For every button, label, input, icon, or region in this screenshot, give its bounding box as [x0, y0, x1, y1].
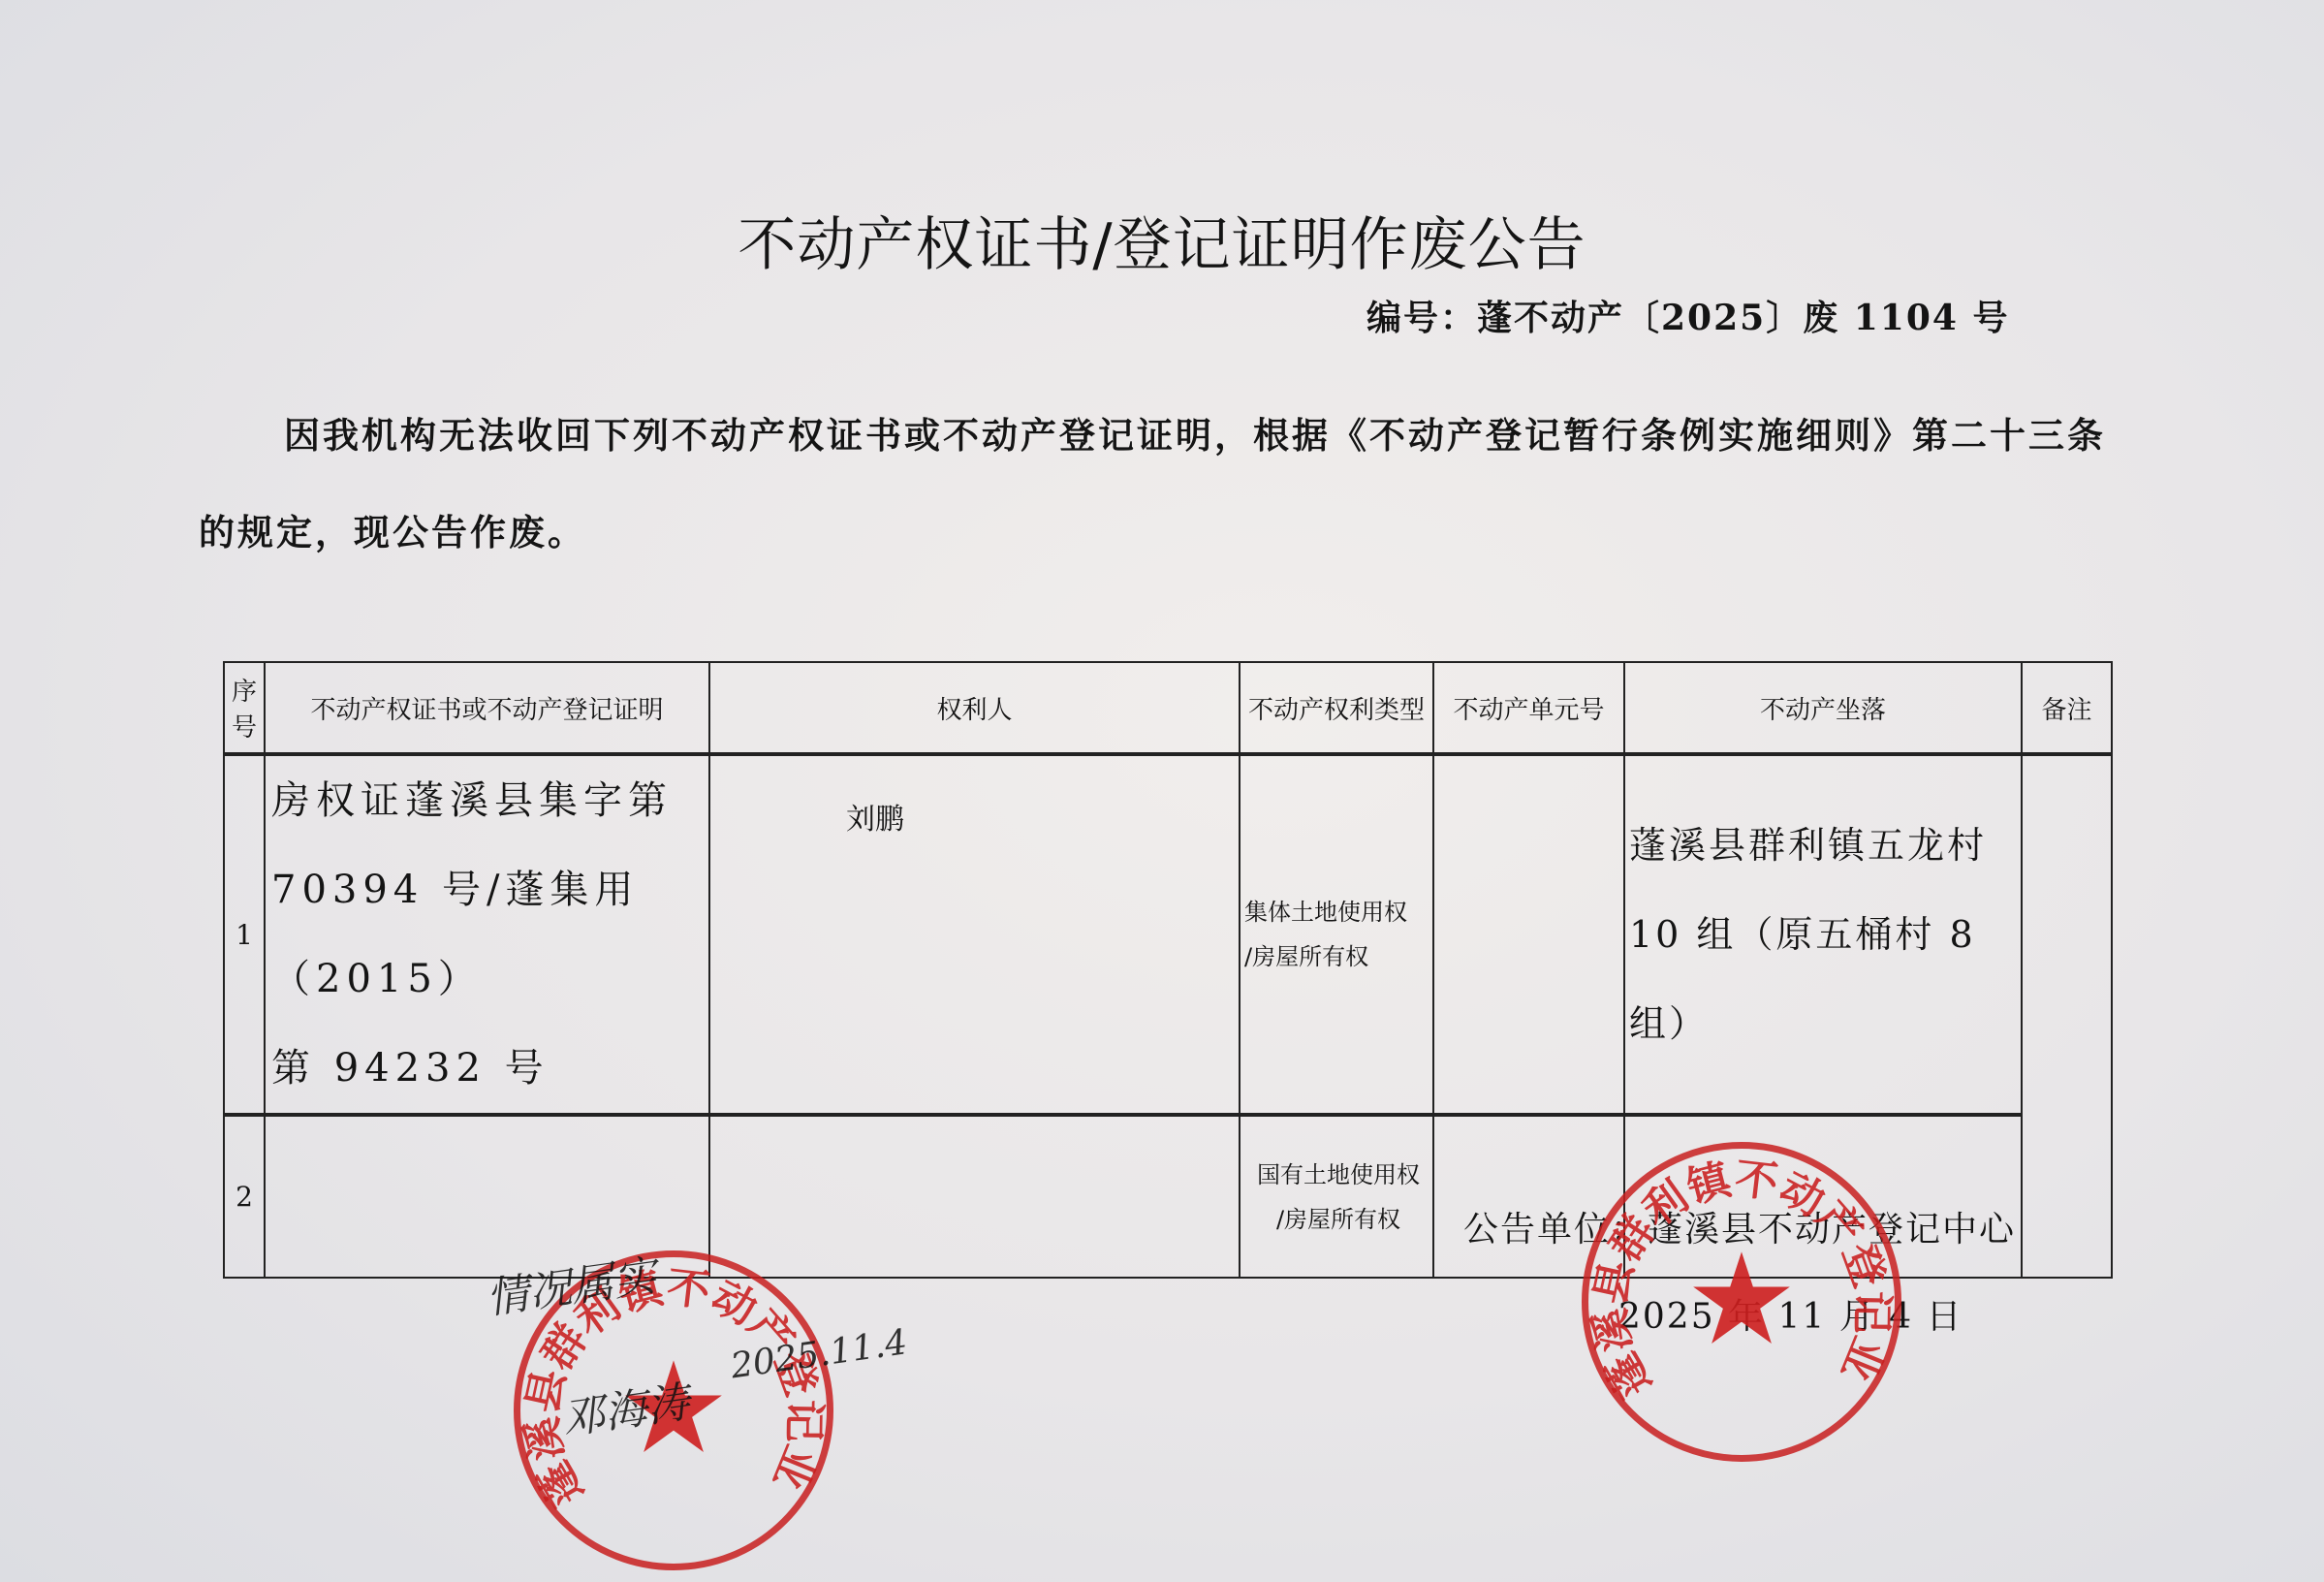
right-type-line: 国有土地使用权: [1244, 1153, 1432, 1197]
certificate-line: 第 94232 号: [271, 1024, 708, 1113]
row-right-type: 集体土地使用权 /房屋所有权: [1240, 754, 1433, 1115]
certificate-line: 房权证蓬溪县集字第: [271, 756, 708, 845]
handwritten-signature: 情况属实 邓海涛 2025.11.4: [482, 1239, 693, 1455]
row-seq: 1: [224, 754, 265, 1115]
star-icon: ★: [1685, 1236, 1799, 1362]
row-location: 蓬溪县群利镇五龙村 10 组（原五桶村 8 组）: [1624, 754, 2022, 1115]
table-row: 1 房权证蓬溪县集字第 70394 号/蓬集用（2015） 第 94232 号 …: [224, 754, 2112, 1115]
signature-note: 情况属实: [484, 1251, 659, 1324]
document-number: 编号：蓬不动产〔2025〕废 1104 号: [1366, 291, 2009, 340]
row-remark: [2022, 754, 2112, 1278]
header-remark: 备注: [2022, 662, 2112, 754]
header-location: 不动产坐落: [1624, 662, 2022, 754]
row-right-type: 国有土地使用权 /房屋所有权: [1240, 1115, 1433, 1278]
table-header-row: 序号 不动产权证书或不动产登记证明 权利人 不动产权利类型 不动产单元号 不动产…: [224, 662, 2112, 754]
location-line: 蓬溪县群利镇五龙村: [1629, 801, 2021, 890]
location-line: 10 组（原五桶村 8 组）: [1629, 890, 2021, 1068]
right-type-line: /房屋所有权: [1244, 934, 1432, 979]
row-holder: [709, 1115, 1240, 1278]
right-type-line: 集体土地使用权: [1244, 890, 1432, 934]
right-type-line: /房屋所有权: [1244, 1197, 1432, 1242]
row-seq: 2: [224, 1115, 265, 1278]
header-seq: 序号: [224, 662, 265, 754]
certificate-line: 70394 号/蓬集用（2015）: [271, 845, 708, 1024]
row-unit-number: [1433, 754, 1624, 1115]
header-certificate: 不动产权证书或不动产登记证明: [265, 662, 709, 754]
notice-title: 不动产权证书/登记证明作废公告: [0, 199, 2324, 282]
header-right-type: 不动产权利类型: [1240, 662, 1433, 754]
header-unit-number: 不动产单元号: [1433, 662, 1624, 754]
header-holder: 权利人: [709, 662, 1240, 754]
official-seal-right: 蓬溪县群利镇不动产登记业务受理章 ★: [1582, 1142, 1901, 1462]
row-certificate: 房权证蓬溪县集字第 70394 号/蓬集用（2015） 第 94232 号: [265, 754, 709, 1115]
row-holder: 刘鹏: [709, 754, 1240, 1115]
notice-body: 因我机构无法收回下列不动产权证书或不动产登记证明，根据《不动产登记暂行条例实施细…: [199, 388, 2137, 582]
